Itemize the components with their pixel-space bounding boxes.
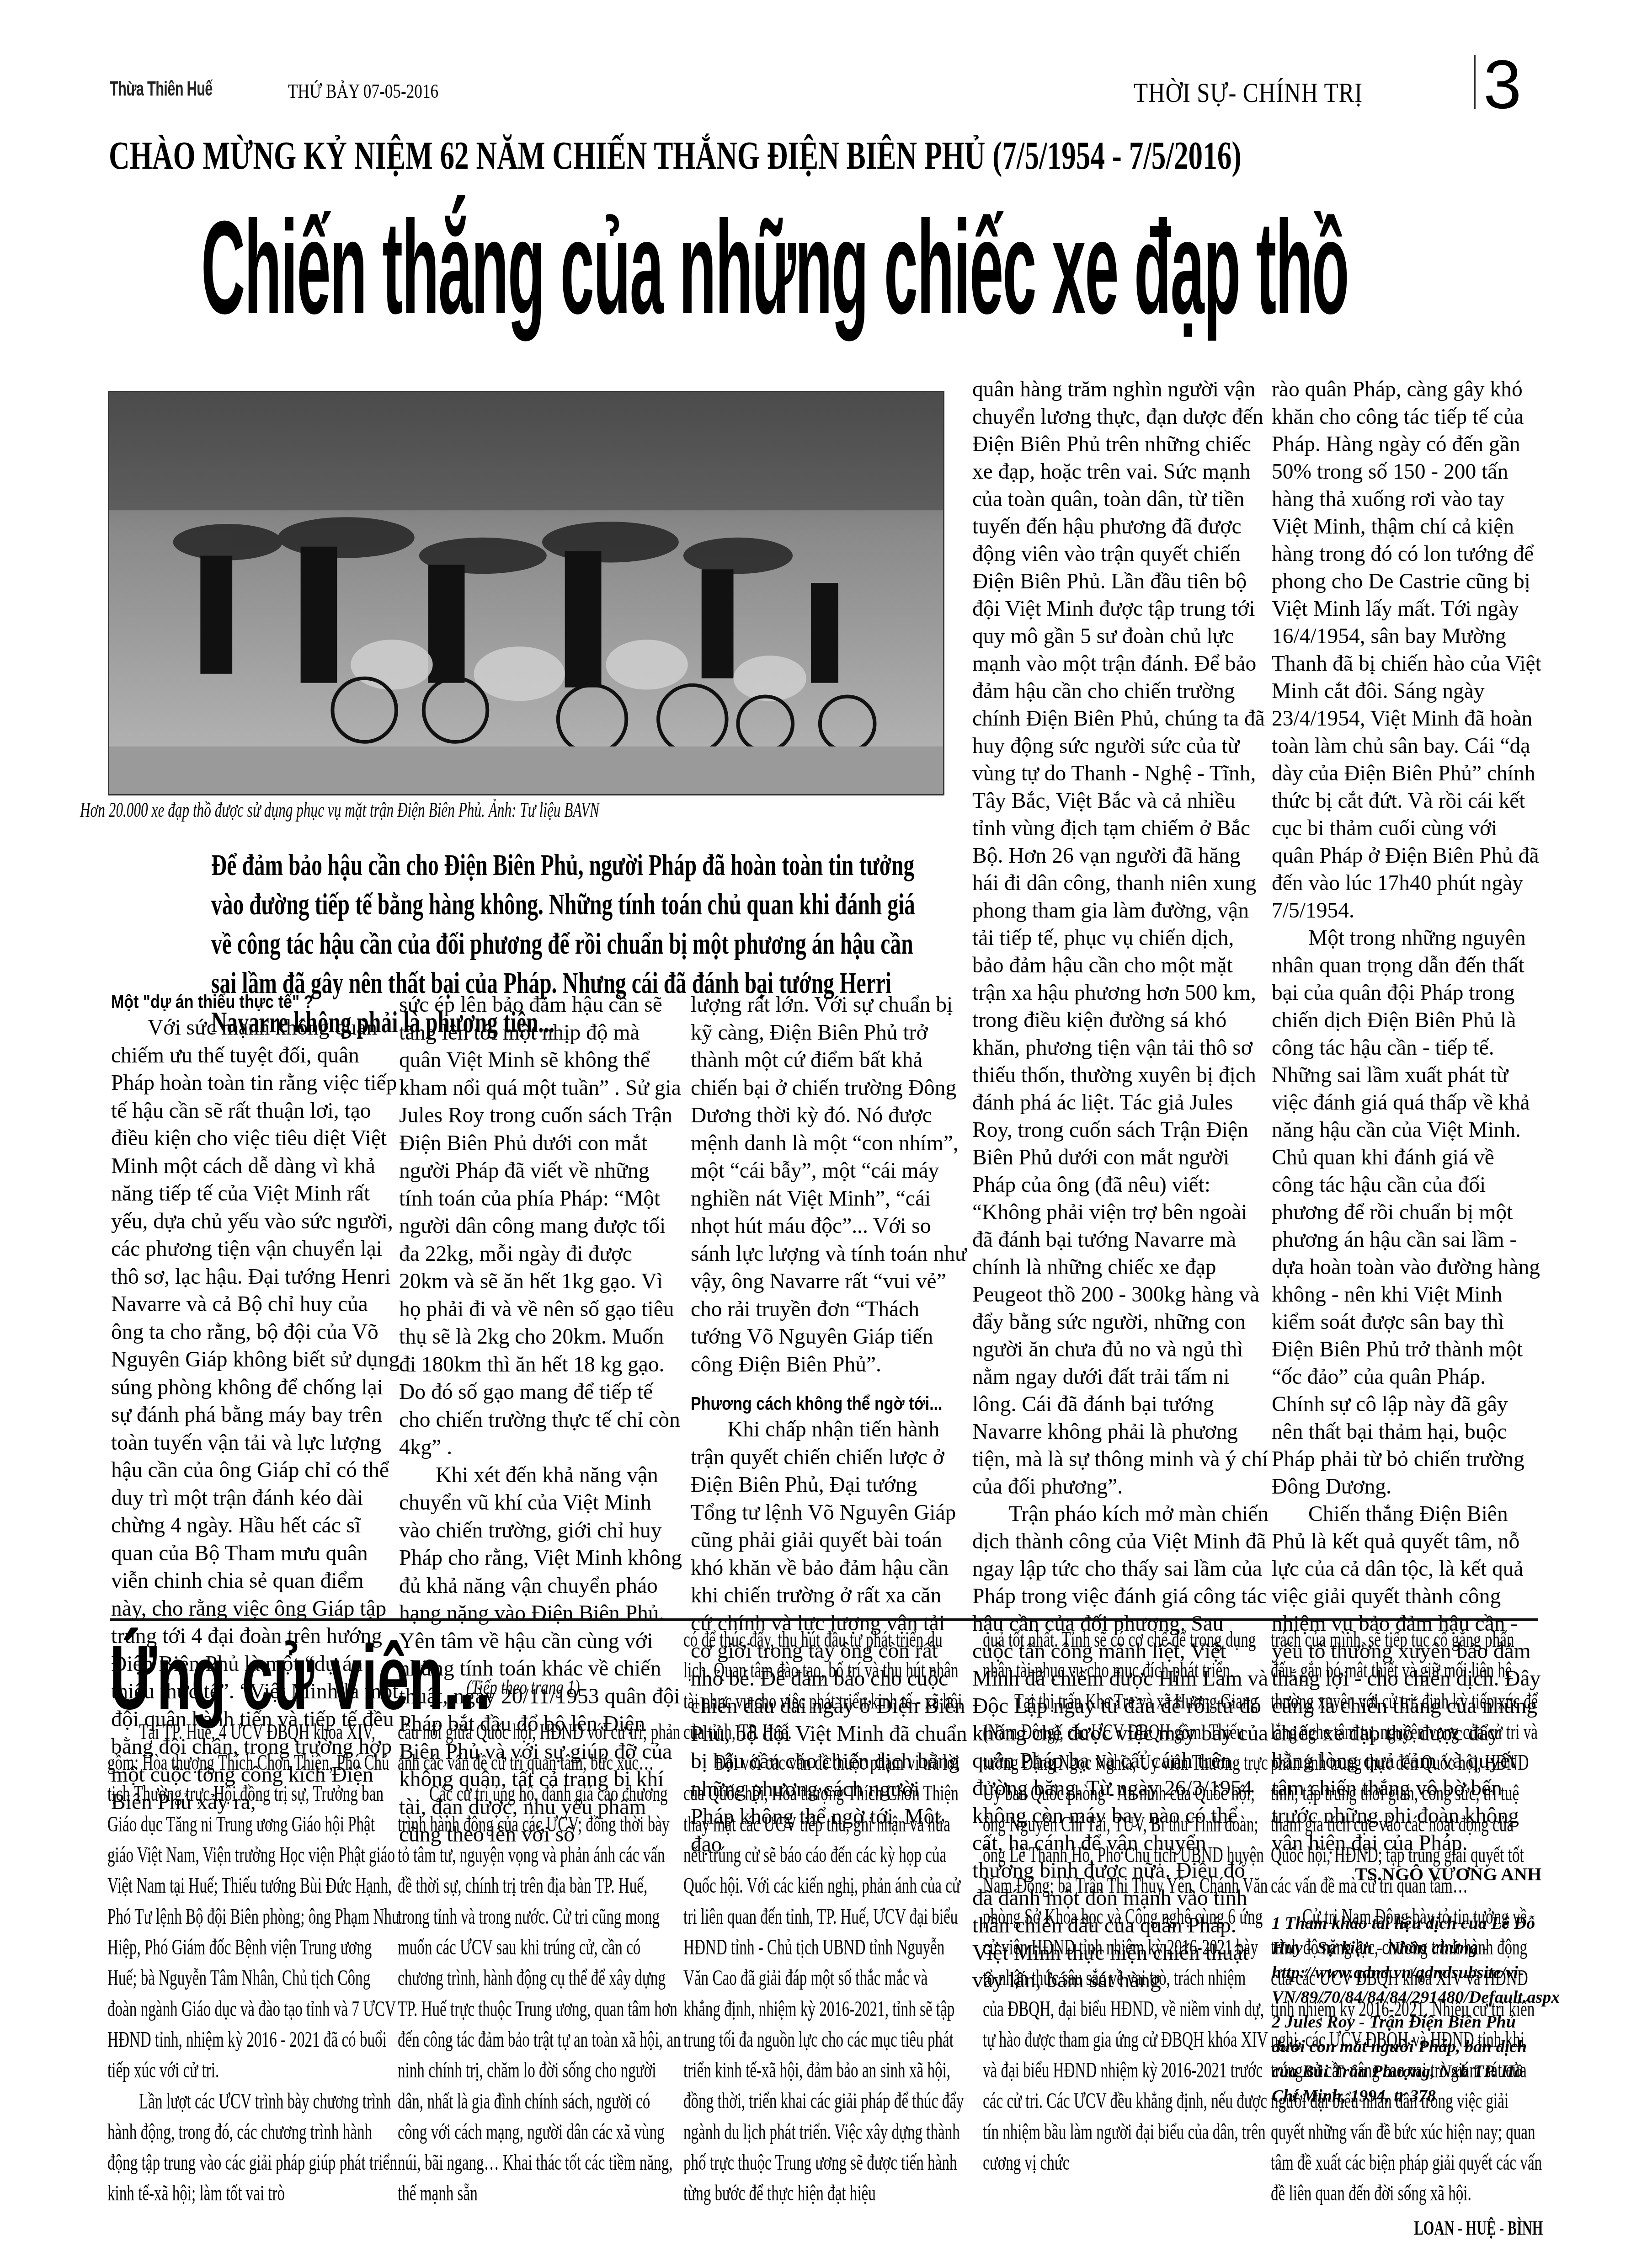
paragraph: sức ép lên bảo đảm hậu cần sẽ tăng lên t… xyxy=(399,991,685,1462)
newspaper-name: Thừa Thiên Huế xyxy=(110,78,213,101)
subheading: Một "dự án thiếu thực tế" ? xyxy=(111,990,360,1014)
paragraph: Đối với các vấn đề thuộc phạm vi trả lời… xyxy=(683,1747,967,2209)
subheading: Phương cách không thể ngờ tới... xyxy=(691,1392,926,1416)
paragraph: Các cử tri ủng hộ, đánh giá cao chương t… xyxy=(398,1778,681,2209)
issue-date: THỨ BẢY 07-05-2016 xyxy=(288,80,438,103)
section-title: THỜI SỰ- CHÍNH TRỊ xyxy=(1134,77,1363,109)
second-article-headline: Ứng cử viên... xyxy=(110,1632,490,1724)
candidates-column-5: trách của mình, sẽ tiếp tục cố gắng phấn… xyxy=(1271,1624,1543,2243)
paragraph: cầu nối giữa Quốc hội, HĐND với cử tri; … xyxy=(398,1717,681,1778)
candidates-column-2: cầu nối giữa Quốc hội, HĐND với cử tri; … xyxy=(398,1717,681,2209)
paragraph: có để thúc đẩy, thu hút đầu tư phát triể… xyxy=(683,1624,967,1747)
paragraph: Lần lượt các ƯCV trình bày chương trình … xyxy=(107,2086,400,2209)
soldiers-bicycles-photo-icon xyxy=(109,392,943,794)
masthead-divider xyxy=(1474,55,1476,109)
article-kicker: CHÀO MỪNG KỶ NIỆM 62 NĂM CHIẾN THẮNG ĐIỆ… xyxy=(109,133,1161,178)
paragraph: quả tốt nhất. Tỉnh sẽ có cơ chế để trọng… xyxy=(983,1624,1269,1686)
continuation-note: (Tiếp theo trang 1) xyxy=(466,1676,580,1699)
article-headline: Chiến thắng của những chiếc xe đạp thồ xyxy=(201,201,1349,334)
candidates-column-1: Tại TP. Huế, 4 ƯCV ĐBQH khóa XIV, gồm: H… xyxy=(107,1717,400,2209)
paragraph: rào quân Pháp, càng gây khó khăn cho côn… xyxy=(1272,376,1541,924)
paragraph: Cử tri Nam Đông bày tỏ tin tưởng về trìn… xyxy=(1271,1901,1543,2209)
author-byline: LOAN - HUỆ - BÌNH xyxy=(1271,2213,1543,2243)
paragraph: trách của mình, sẽ tiếp tục cố gắng phấn… xyxy=(1271,1624,1543,1901)
paragraph: quân hàng trăm nghìn người vận chuyển lư… xyxy=(972,376,1269,1500)
article-photo xyxy=(108,391,944,795)
section-divider xyxy=(110,1618,1538,1621)
paragraph: Tại TP. Huế, 4 ƯCV ĐBQH khóa XIV, gồm: H… xyxy=(107,1717,400,2086)
masthead: Thừa Thiên Huế THỨ BẢY 07-05-2016 THỜI S… xyxy=(110,37,1559,105)
page-number: 3 xyxy=(1483,50,1521,119)
paragraph: Tại thị trấn Khe Tre và xã Hương Giang (… xyxy=(983,1686,1269,2178)
paragraph: Một trong những nguyên nhân quan trọng d… xyxy=(1272,924,1541,1500)
candidates-column-4: quả tốt nhất. Tỉnh sẽ có cơ chế để trọng… xyxy=(983,1624,1269,2178)
paragraph: lượng rất lớn. Với sự chuẩn bị kỹ càng, … xyxy=(691,991,967,1378)
second-article-header: Ứng cử viên... (Tiếp theo trang 1) xyxy=(110,1632,724,1724)
photo-caption: Hơn 20.000 xe đạp thồ được sử dụng phục … xyxy=(80,798,599,822)
candidates-column-3: có để thúc đẩy, thu hút đầu tư phát triể… xyxy=(683,1624,967,2209)
